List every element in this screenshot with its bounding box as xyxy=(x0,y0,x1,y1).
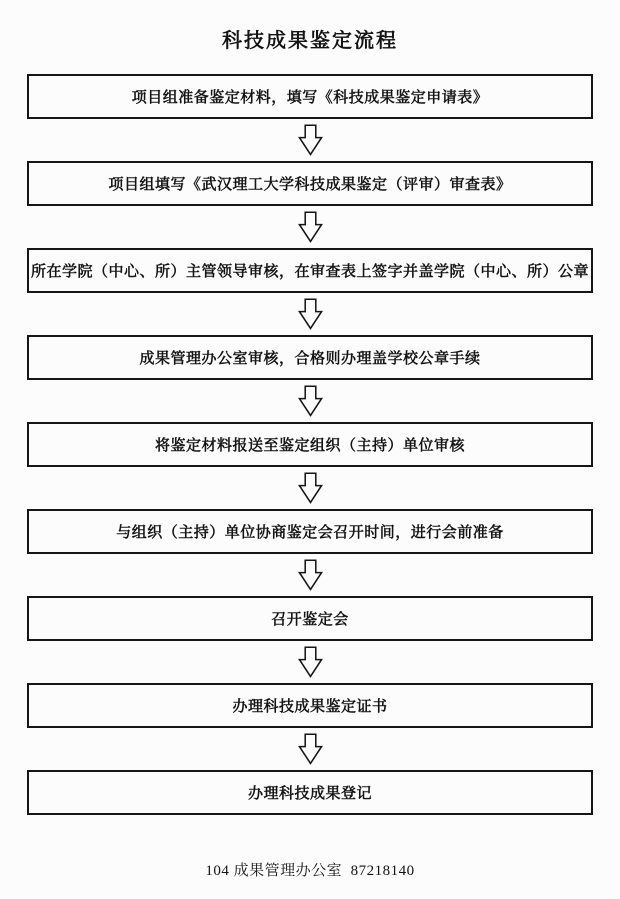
flowchart: 项目组准备鉴定材料，填写《科技成果鉴定申请表》 项目组填写《武汉理工大学科技成果… xyxy=(27,74,593,815)
down-block-arrow-icon xyxy=(27,293,593,335)
down-block-arrow-icon xyxy=(27,728,593,770)
flow-step-9: 办理科技成果登记 xyxy=(27,770,593,815)
down-block-arrow-icon xyxy=(27,467,593,509)
down-block-arrow-icon xyxy=(27,119,593,161)
flowchart-page: 科技成果鉴定流程 项目组准备鉴定材料，填写《科技成果鉴定申请表》 项目组填写《武… xyxy=(0,28,620,880)
page-title: 科技成果鉴定流程 xyxy=(0,28,620,54)
flow-step-2: 项目组填写《武汉理工大学科技成果鉴定（评审）审查表》 xyxy=(27,161,593,206)
footer-contact: 104 成果管理办公室 87218140 xyxy=(0,859,620,880)
flow-step-1: 项目组准备鉴定材料，填写《科技成果鉴定申请表》 xyxy=(27,74,593,119)
down-block-arrow-icon xyxy=(27,380,593,422)
flow-step-8: 办理科技成果鉴定证书 xyxy=(27,683,593,728)
flow-step-5: 将鉴定材料报送至鉴定组织（主持）单位审核 xyxy=(27,422,593,467)
flow-step-3: 所在学院（中心、所）主管领导审核，在审查表上签字并盖学院（中心、所）公章 xyxy=(27,248,593,293)
flow-step-6: 与组织（主持）单位协商鉴定会召开时间，进行会前准备 xyxy=(27,509,593,554)
flow-step-7: 召开鉴定会 xyxy=(27,596,593,641)
down-block-arrow-icon xyxy=(27,206,593,248)
down-block-arrow-icon xyxy=(27,554,593,596)
flow-step-4: 成果管理办公室审核，合格则办理盖学校公章手续 xyxy=(27,335,593,380)
down-block-arrow-icon xyxy=(27,641,593,683)
